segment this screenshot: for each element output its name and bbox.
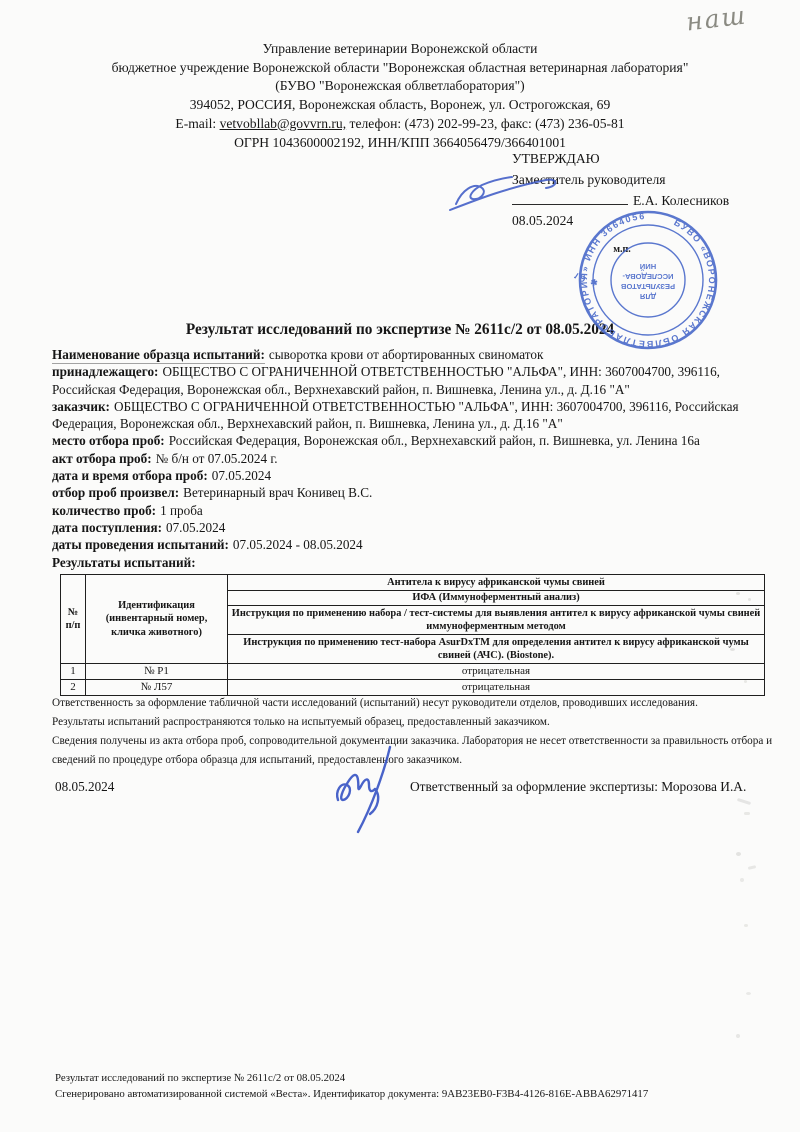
approve-word: УТВЕРЖДАЮ (512, 149, 787, 170)
disclaimer-1: Ответственность за оформление табличной … (52, 694, 800, 713)
scan-artifact (748, 598, 751, 601)
org-parent: Управление ветеринарии Воронежской облас… (0, 40, 800, 59)
stamp-center-line-2: РЕЗУЛЬТАТОВ (620, 282, 675, 291)
scan-artifact (736, 1034, 740, 1038)
page-footer: Результат исследований по экспертизе № 2… (55, 1071, 648, 1102)
field-customer: заказчик:ОБЩЕСТВО С ОГРАНИЧЕННОЙ ОТВЕТСТ… (52, 398, 769, 433)
field-sampling-act: акт отбора проб:№ б/н от 07.05.2024 г. (52, 450, 769, 467)
row-id: № Р1 (86, 664, 228, 680)
field-sampler: отбор проб произвел:Ветеринарный врач Ко… (52, 484, 769, 501)
footer-generator: Сгенерировано автоматизированной системо… (55, 1087, 648, 1103)
method-header: ИФА (Иммуноферментный анализ) (228, 591, 765, 606)
stamp-center-line-3: ИССЛЕДОВА- (622, 272, 674, 281)
org-address: 394052, РОССИЯ, Воронежская область, Вор… (0, 96, 800, 115)
field-owner: принадлежащего:ОБЩЕСТВО С ОГРАНИЧЕННОЙ О… (52, 363, 769, 398)
email-label: E-mail: (175, 116, 216, 131)
field-test-dates: даты проведения испытаний:07.05.2024 - 0… (52, 536, 769, 553)
scan-artifact (737, 798, 751, 805)
responsible-line: Ответственный за оформление экспертизы: … (410, 779, 746, 795)
responsible-signature-icon (334, 744, 404, 840)
table-row: 1 № Р1 отрицательная (61, 664, 765, 680)
footer-expertise-ref: Результат исследований по экспертизе № 2… (55, 1071, 648, 1087)
scan-artifact (736, 852, 741, 856)
document-page: наш Управление ветеринарии Воронежской о… (0, 0, 800, 1132)
scan-artifact (740, 878, 744, 882)
results-table: № п/п Идентификация (инвентарный номер, … (60, 574, 765, 696)
letterhead: Управление ветеринарии Воронежской облас… (0, 40, 800, 152)
stamp-center-line-1: ДЛЯ (640, 292, 656, 301)
field-sampling-datetime: дата и время отбора проб:07.05.2024 (52, 467, 769, 484)
id-column-header: Идентификация (инвентарный номер, кличка… (86, 575, 228, 664)
instruction-header: Инструкция по применению набора / тест-с… (228, 606, 765, 635)
num-column-header: № п/п (61, 575, 86, 664)
row-num: 1 (61, 664, 86, 680)
scan-artifact (748, 865, 756, 870)
scan-artifact (746, 992, 751, 995)
phone-fax: телефон: (473) 202-99-23, факс: (473) 23… (350, 116, 625, 131)
scan-artifact (744, 812, 750, 815)
kit-header: Инструкция по применению тест-набора Asu… (228, 635, 765, 664)
approver-signature-icon (446, 170, 576, 222)
org-contacts: E-mail: vetvobllab@govvrn.ru, телефон: (… (0, 115, 800, 134)
email-value: vetvobllab@govvrn.ru, (220, 116, 347, 131)
disclaimer-3: Сведения получены из акта отбора проб, с… (52, 732, 800, 770)
field-sample-count: количество проб:1 проба (52, 502, 769, 519)
org-name: бюджетное учреждение Воронежской области… (0, 59, 800, 78)
disclaimer-notes: Ответственность за оформление табличной … (52, 694, 800, 770)
stamp-center-line-4: НИЙ (640, 262, 656, 271)
disclaimer-2: Результаты испытаний распространяются то… (52, 713, 800, 732)
field-receipt-date: дата поступления:07.05.2024 (52, 519, 769, 536)
scan-artifact (736, 592, 740, 595)
handwritten-note: наш (684, 0, 748, 36)
scan-artifact (730, 648, 735, 651)
round-stamp-icon: БУВО «ВОРОНЕЖСКАЯ ОБЛВЕТЛАБОРАТОРИЯ» ИНН… (574, 206, 722, 354)
scan-artifact (744, 680, 747, 683)
signoff-date: 08.05.2024 (55, 779, 114, 795)
analyte-header: Антитела к вирусу африканской чумы свине… (228, 575, 765, 591)
org-short-name: (БУВО "Воронежская облветлаборатория") (0, 77, 800, 96)
sample-fields: Наименование образца испытаний:сыворотка… (52, 346, 769, 571)
results-heading: Результаты испытаний: (52, 554, 769, 571)
field-sampling-place: место отбора проб:Российская Федерация, … (52, 432, 769, 449)
row-result: отрицательная (228, 664, 765, 680)
scan-artifact (744, 924, 748, 927)
